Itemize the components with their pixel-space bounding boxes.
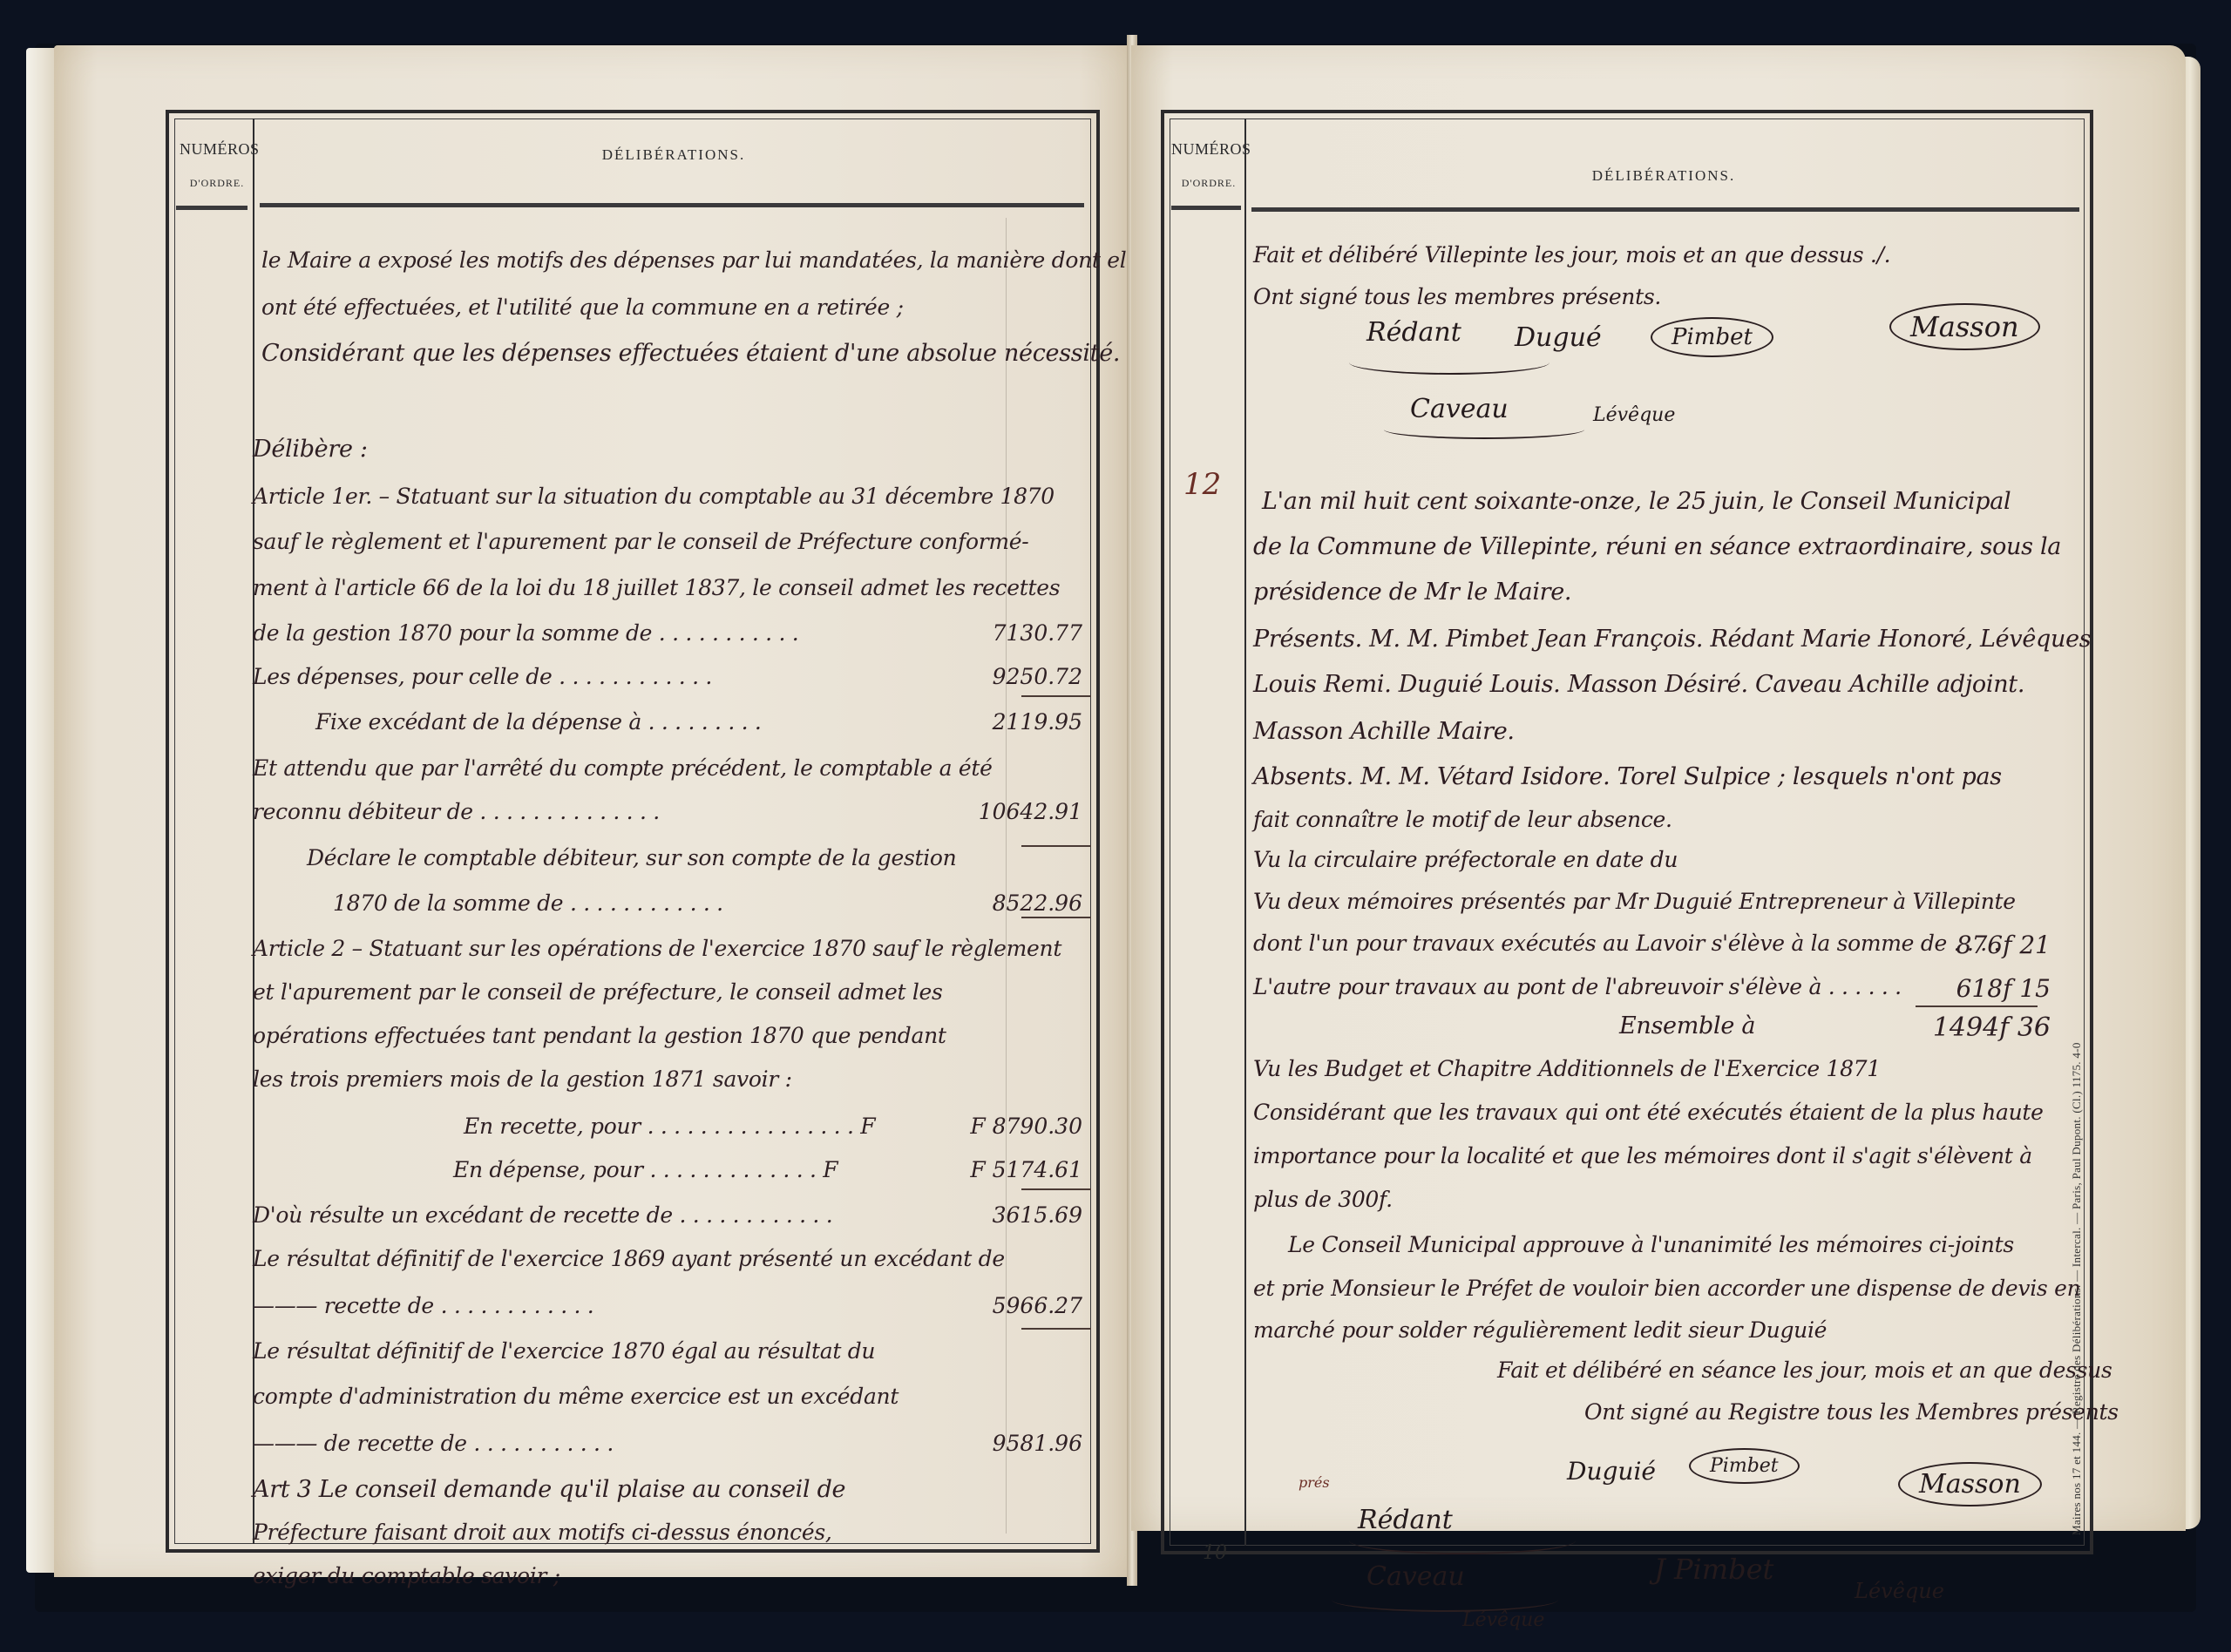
handwritten-line: opérations effectuées tant pendant la ge… bbox=[253, 1023, 946, 1048]
signature-flourish bbox=[1349, 1527, 1576, 1554]
right-header-deliberations: DÉLIBÉRATIONS. bbox=[1250, 167, 2078, 185]
handwritten-line: ment à l'article 66 de la loi du 18 juil… bbox=[253, 575, 1060, 600]
signature-redant: Rédant bbox=[1366, 317, 1461, 348]
amount-rule bbox=[1021, 1328, 1091, 1330]
handwritten-line: plus de 300f. bbox=[1253, 1187, 1393, 1212]
amount-rule bbox=[1021, 917, 1091, 918]
handwritten-line: Et attendu que par l'arrêté du compte pr… bbox=[253, 755, 993, 781]
left-amount-column-line bbox=[1006, 218, 1007, 1534]
left-header-rule-numeros bbox=[176, 206, 248, 210]
handwritten-line: fait connaître le motif de leur absence. bbox=[1253, 807, 1672, 832]
page-number: 10 bbox=[1203, 1542, 1227, 1564]
signature-masson: Masson bbox=[1898, 1462, 2042, 1506]
handwritten-line: L'autre pour travaux au pont de l'abreuv… bbox=[1253, 974, 1902, 999]
handwritten-line: et l'apurement par le conseil de préfect… bbox=[253, 979, 943, 1005]
handwritten-line: En dépense, pour . . . . . . . . . . . .… bbox=[453, 1157, 837, 1182]
handwritten-line: importance pour la localité et que les m… bbox=[1253, 1143, 2032, 1168]
signature-dugue: Dugué bbox=[1515, 322, 1602, 353]
amount-recettes: 7130.77 bbox=[993, 620, 1082, 646]
handwritten-line: Fixe excédant de la dépense à . . . . . … bbox=[315, 709, 762, 735]
numeros-label: NUMÉROS bbox=[1171, 141, 1246, 159]
handwritten-line: Art 3 Le conseil demande qu'il plaise au… bbox=[253, 1476, 845, 1503]
signature-flourish bbox=[1384, 420, 1584, 439]
handwritten-line: marché pour solder régulièrement ledit s… bbox=[1253, 1317, 1827, 1343]
handwritten-line: Présents. M. M. Pimbet Jean François. Ré… bbox=[1253, 626, 2091, 653]
handwritten-line: D'où résulte un excédant de recette de .… bbox=[253, 1202, 832, 1228]
handwritten-line: Ont signé au Registre tous les Membres p… bbox=[1584, 1399, 2119, 1425]
handwritten-line: Considérant que les travaux qui ont été … bbox=[1253, 1100, 2044, 1125]
handwritten-line: les trois premiers mois de la gestion 18… bbox=[253, 1066, 792, 1092]
handwritten-line: ont été effectuées, et l'utilité que la … bbox=[261, 295, 904, 320]
handwritten-line: Article 1er. – Statuant sur la situation… bbox=[253, 484, 1054, 509]
handwritten-line: Préfecture faisant droit aux motifs ci-d… bbox=[253, 1520, 832, 1545]
handwritten-line: Le résultat définitif de l'exercice 1870… bbox=[253, 1338, 875, 1364]
amount-excedant-recette: 3615.69 bbox=[993, 1202, 1082, 1228]
dordre-label: D'ORDRE. bbox=[1171, 178, 1246, 189]
right-header-rule-numeros bbox=[1171, 206, 1241, 210]
numeros-label: NUMÉROS bbox=[180, 141, 254, 159]
handwritten-line: Le Conseil Municipal approuve à l'unanim… bbox=[1288, 1232, 2014, 1257]
right-header-numeros: NUMÉROS D'ORDRE. bbox=[1171, 141, 1246, 189]
signature-duguie: Duguié bbox=[1567, 1457, 1656, 1486]
amount-debiteur-1870: 8522.96 bbox=[993, 890, 1082, 916]
left-column-divider bbox=[253, 118, 254, 1544]
handwritten-line: de la gestion 1870 pour la somme de . . … bbox=[253, 620, 798, 646]
amount-rule bbox=[1021, 695, 1091, 697]
dordre-label: D'ORDRE. bbox=[180, 178, 254, 189]
handwritten-line: Masson Achille Maire. bbox=[1253, 718, 1515, 745]
handwritten-line: ——— recette de . . . . . . . . . . . . bbox=[253, 1293, 593, 1318]
handwritten-line: sauf le règlement et l'apurement par le … bbox=[253, 529, 1028, 554]
handwritten-line: Vu les Budget et Chapitre Additionnels d… bbox=[1253, 1056, 1881, 1081]
signature-flourish bbox=[1332, 1588, 1558, 1612]
handwritten-line: Vu la circulaire préfectorale en date du bbox=[1253, 847, 1678, 872]
printer-mark: Maires nos 17 et 144. — Registre des Dél… bbox=[2070, 1042, 2084, 1535]
handwritten-line: Article 2 – Statuant sur les opérations … bbox=[253, 936, 1061, 961]
signature-leveque-2: Lévêque bbox=[1855, 1579, 1944, 1603]
handwritten-line: Les dépenses, pour celle de . . . . . . … bbox=[253, 664, 712, 689]
handwritten-line: Louis Remi. Duguié Louis. Masson Désiré.… bbox=[1253, 671, 2024, 698]
handwritten-line: Délibère : bbox=[253, 436, 368, 463]
amount-ensemble: 1494f 36 bbox=[1933, 1012, 2051, 1043]
amount-excedant-depense: 2119.95 bbox=[993, 709, 1082, 735]
amount-excedant-1870: 9581.96 bbox=[993, 1431, 1082, 1456]
amount-en-recette: F 8790.30 bbox=[970, 1114, 1082, 1139]
handwritten-line: Absents. M. M. Vétard Isidore. Torel Sul… bbox=[1253, 763, 2002, 790]
signature-pimbet-oval: Pimbet bbox=[1689, 1448, 1800, 1484]
handwritten-line: Fait et délibéré en séance les jour, moi… bbox=[1497, 1357, 2112, 1383]
amount-excedant-1869: 5966.27 bbox=[993, 1293, 1082, 1318]
signature-pimbet: Pimbet bbox=[1651, 317, 1773, 357]
handwritten-line: Ensemble à bbox=[1619, 1012, 1755, 1039]
amount-rule bbox=[1021, 1188, 1091, 1190]
handwritten-line: Le résultat définitif de l'exercice 1869… bbox=[253, 1246, 1005, 1271]
handwritten-line: et prie Monsieur le Préfet de vouloir bi… bbox=[1253, 1276, 2080, 1301]
left-header-deliberations: DÉLIBÉRATIONS. bbox=[260, 146, 1088, 164]
handwritten-line: L'an mil huit cent soixante-onze, le 25 … bbox=[1262, 488, 2011, 515]
handwritten-line: reconnu débiteur de . . . . . . . . . . … bbox=[253, 799, 660, 824]
left-header-numeros: NUMÉROS D'ORDRE. bbox=[180, 141, 254, 189]
handwritten-line: ——— de recette de . . . . . . . . . . . bbox=[253, 1431, 614, 1456]
signature-masson: Masson bbox=[1889, 303, 2040, 350]
right-page: NUMÉROS D'ORDRE. DÉLIBÉRATIONS. Fait et … bbox=[1131, 45, 2186, 1531]
handwritten-line: 1870 de la somme de . . . . . . . . . . … bbox=[333, 890, 723, 916]
handwritten-line: Considérant que les dépenses effectuées … bbox=[261, 340, 1120, 367]
handwritten-line: En recette, pour . . . . . . . . . . . .… bbox=[464, 1114, 875, 1139]
amount-lavoir: 876f 21 bbox=[1956, 931, 2051, 959]
amount-en-depense: F 5174.61 bbox=[970, 1157, 1082, 1182]
handwritten-line: Vu deux mémoires présentés par Mr Duguié… bbox=[1253, 889, 2016, 914]
handwritten-line: compte d'administration du même exercice… bbox=[253, 1384, 899, 1409]
handwritten-line: Déclare le comptable débiteur, sur son c… bbox=[307, 845, 956, 870]
signature-leveque: Lévêque bbox=[1593, 404, 1675, 426]
signature-j-pimbet: J Pimbet bbox=[1654, 1553, 1773, 1586]
left-frame-inner-rule bbox=[174, 118, 1091, 1544]
amount-rule bbox=[1021, 845, 1091, 847]
right-header-rule-deliberations bbox=[1251, 207, 2079, 212]
amount-abreuvoir: 618f 15 bbox=[1956, 974, 2051, 1003]
signature-flourish bbox=[1349, 350, 1549, 375]
amount-debiteur: 10642.91 bbox=[979, 799, 1082, 824]
left-header-rule-deliberations bbox=[260, 203, 1084, 207]
entry-number: 12 bbox=[1183, 467, 1221, 502]
handwritten-line: présidence de Mr le Maire. bbox=[1253, 579, 1571, 606]
handwritten-line: de la Commune de Villepinte, réuni en sé… bbox=[1253, 533, 2061, 560]
handwritten-line: le Maire a exposé les motifs des dépense… bbox=[261, 247, 1156, 273]
note-pres: prés bbox=[1299, 1474, 1330, 1491]
amount-depenses: 9250.72 bbox=[993, 664, 1082, 689]
handwritten-line: Fait et délibéré Villepinte les jour, mo… bbox=[1253, 242, 1890, 267]
left-printed-frame bbox=[166, 110, 1100, 1553]
right-column-divider bbox=[1244, 118, 1246, 1546]
signature-leveque: Lévêque bbox=[1462, 1609, 1544, 1631]
handwritten-line: Ont signé tous les membres présents. bbox=[1253, 284, 1661, 309]
amount-rule bbox=[1916, 1005, 2038, 1007]
left-page: NUMÉROS D'ORDRE. DÉLIBÉRATIONS. le Maire… bbox=[54, 45, 1133, 1577]
handwritten-line: dont l'un pour travaux exécutés au Lavoi… bbox=[1253, 931, 2000, 956]
handwritten-line: exiger du comptable savoir ; bbox=[253, 1563, 560, 1588]
